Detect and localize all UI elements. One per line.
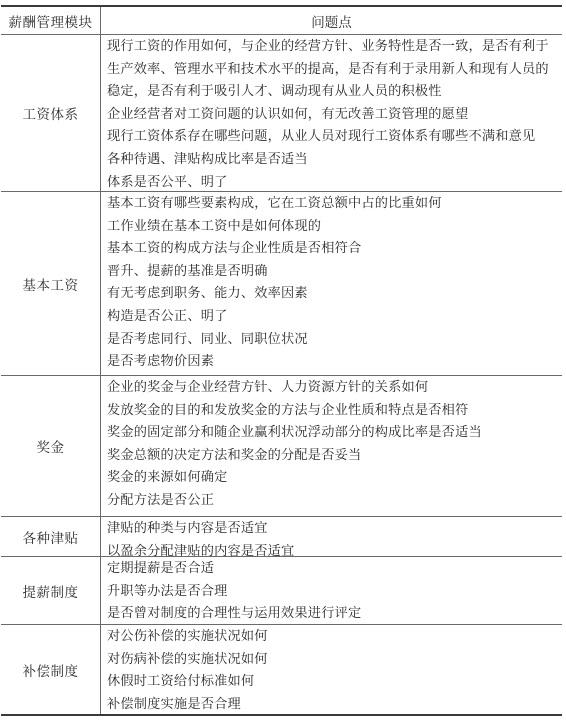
module-cell: 奖金 xyxy=(1,376,101,516)
table-body: 工资体系现行工资的作用如何，与企业的经营方针、业务特性是否一致，是否有利于生产效… xyxy=(1,34,562,714)
issues-cell: 企业的奖金与企业经营方针、人力资源方针的关系如何发放奖金的目的和发放奖金的方法与… xyxy=(101,376,562,516)
issues-cell: 基本工资有哪些要素构成，它在工资总额中占的比重如何工作业绩在基本工资中是如何体现… xyxy=(101,192,562,375)
issue-item: 工作业绩在基本工资中是如何体现的 xyxy=(107,216,562,239)
module-cell: 基本工资 xyxy=(1,192,101,375)
issue-item: 升职等办法是否合理 xyxy=(107,581,562,604)
issue-item: 分配方法是否公正 xyxy=(107,490,562,513)
header-issues-cell: 问题点 xyxy=(101,7,562,34)
table-row: 提薪制度定期提薪是否合适升职等办法是否合理是否曾对制度的合理性与运用效果进行评定 xyxy=(1,556,562,624)
issue-item: 发放奖金的目的和发放奖金的方法与企业性质和特点是否相符 xyxy=(107,400,562,423)
issue-item: 企业的奖金与企业经营方针、人力资源方针的关系如何 xyxy=(107,377,562,400)
issue-item: 是否考虑物价因素 xyxy=(107,351,562,374)
table-row: 工资体系现行工资的作用如何，与企业的经营方针、业务特性是否一致，是否有利于生产效… xyxy=(1,34,562,191)
issue-item: 基本工资的构成方法与企业性质是否相符合 xyxy=(107,238,562,261)
issue-item: 奖金的来源如何确定 xyxy=(107,467,562,490)
module-cell: 工资体系 xyxy=(1,35,101,191)
issues-cell: 定期提薪是否合适升职等办法是否合理是否曾对制度的合理性与运用效果进行评定 xyxy=(101,557,562,624)
issues-cell: 对公伤补偿的实施状况如何对伤病补偿的实施状况如何休假时工资给付标准如何补偿制度实… xyxy=(101,625,562,714)
issue-item: 企业经营者对工资问题的认识如何，有无改善工资管理的愿望 xyxy=(107,104,562,127)
compensation-issues-table: 薪酬管理模块 问题点 工资体系现行工资的作用如何，与企业的经营方针、业务特性是否… xyxy=(1,5,562,716)
issue-item: 是否考虑同行、同业、同职位状况 xyxy=(107,329,562,352)
module-cell: 提薪制度 xyxy=(1,557,101,624)
table-header-row: 薪酬管理模块 问题点 xyxy=(1,7,562,34)
issue-item: 定期提薪是否合适 xyxy=(107,558,562,581)
issue-item: 津贴的种类与内容是否适宜 xyxy=(107,518,562,541)
issue-item: 体系是否公平、明了 xyxy=(107,172,562,195)
table-row: 补偿制度对公伤补偿的实施状况如何对伤病补偿的实施状况如何休假时工资给付标准如何补… xyxy=(1,624,562,714)
issue-item: 生产效率、管理水平和技术水平的提高，是否有利于录用新人和现有人员的 xyxy=(107,59,562,82)
issue-item: 奖金的固定部分和随企业赢利状况浮动部分的构成比率是否适当 xyxy=(107,422,562,445)
header-module-cell: 薪酬管理模块 xyxy=(1,7,101,34)
issue-item: 是否曾对制度的合理性与运用效果进行评定 xyxy=(107,603,562,626)
table-row: 各种津贴津贴的种类与内容是否适宜以盈余分配津贴的内容是否适宜 xyxy=(1,516,562,556)
issue-item: 各种待遇、津贴构成比率是否适当 xyxy=(107,149,562,172)
table-row: 基本工资基本工资有哪些要素构成，它在工资总额中占的比重如何工作业绩在基本工资中是… xyxy=(1,191,562,375)
issue-item: 构造是否公正、明了 xyxy=(107,306,562,329)
table-row: 奖金企业的奖金与企业经营方针、人力资源方针的关系如何发放奖金的目的和发放奖金的方… xyxy=(1,375,562,516)
issue-item: 奖金总额的决定方法和奖金的分配是否妥当 xyxy=(107,445,562,468)
issue-item: 稳定，是否有利于吸引人才、调动现有从业人员的积极性 xyxy=(107,81,562,104)
issue-item: 有无考虑到职务、能力、效率因素 xyxy=(107,283,562,306)
issue-item: 现行工资体系存在哪些问题，从业人员对现行工资体系有哪些不满和意见 xyxy=(107,126,562,149)
issue-item: 晋升、提薪的基准是否明确 xyxy=(107,261,562,284)
module-cell: 各种津贴 xyxy=(1,517,101,556)
issues-cell: 津贴的种类与内容是否适宜以盈余分配津贴的内容是否适宜 xyxy=(101,517,562,556)
issue-item: 对伤病补偿的实施状况如何 xyxy=(107,649,562,672)
issue-item: 对公伤补偿的实施状况如何 xyxy=(107,626,562,649)
issue-item: 现行工资的作用如何，与企业的经营方针、业务特性是否一致，是否有利于 xyxy=(107,36,562,59)
issue-item: 休假时工资给付标准如何 xyxy=(107,671,562,694)
issue-item: 补偿制度实施是否合理 xyxy=(107,694,562,717)
issues-cell: 现行工资的作用如何，与企业的经营方针、业务特性是否一致，是否有利于生产效率、管理… xyxy=(101,35,562,191)
module-cell: 补偿制度 xyxy=(1,625,101,714)
issue-item: 基本工资有哪些要素构成，它在工资总额中占的比重如何 xyxy=(107,193,562,216)
